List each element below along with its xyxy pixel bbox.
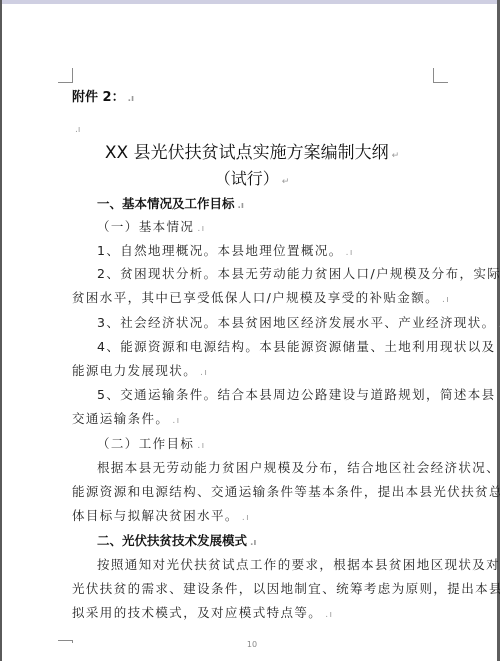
goal-paragraph-line-1[interactable]: 根据本县无劳动能力贫困户规模及分布，结合地区社会经济状况、 — [97, 460, 500, 476]
list-item-5-line-1[interactable]: 5、交通运输条件。结合本县周边公路建设与道路规划，简述本县 — [97, 387, 496, 403]
paragraph-mark-icon: .ı — [346, 248, 354, 258]
document-subtitle[interactable]: （试行）↵ — [2, 168, 500, 193]
list-item-3[interactable]: 3、社会经济状况。本县贫困地区经济发展水平、产业经济现状。.ı — [97, 315, 500, 333]
document-title[interactable]: XX 县光伏扶贫试点实施方案编制大纲↵ — [2, 142, 500, 167]
subsection-heading-1-1[interactable]: （一）基本情况.ı — [97, 219, 205, 237]
page-number: 10 — [2, 640, 500, 649]
paragraph-mark-icon: ↵ — [282, 177, 290, 187]
attachment-label[interactable]: 附件 2：.ı — [72, 90, 134, 107]
margin-corner-top-right-icon — [433, 68, 448, 83]
paragraph-mark-icon: .ı — [172, 416, 180, 426]
document-page: 附件 2：.ı .ı XX 县光伏扶贫试点实施方案编制大纲↵ （试行）↵ 一、基… — [2, 4, 497, 661]
list-item-5-line-2[interactable]: 交通运输条件。.ı — [72, 411, 180, 429]
mode-paragraph-line-1[interactable]: 按照通知对光伏扶贫试点工作的要求，根据本县贫困地区现状及对 — [97, 557, 500, 573]
paragraph-mark-icon: .ı — [200, 368, 208, 378]
paragraph-mark-icon: .ı — [197, 441, 205, 451]
section-heading-2[interactable]: 二、光伏扶贫技术发展模式.ı — [97, 533, 257, 551]
subsection-heading-1-2[interactable]: （二）工作目标.ı — [97, 436, 205, 454]
paragraph-mark-icon: .ı — [325, 610, 333, 620]
list-item-1[interactable]: 1、自然地理概况。本县地理位置概况。.ı — [97, 243, 354, 261]
margin-corner-top-left-icon — [58, 68, 73, 83]
paragraph-mark-icon: .ı — [250, 538, 257, 548]
paragraph-mark-icon: ↵ — [392, 151, 400, 161]
paragraph-mark-icon: .ı — [442, 295, 450, 305]
mode-paragraph-line-3[interactable]: 拟采用的技术模式，及对应模式特点等。.ı — [72, 605, 333, 623]
list-item-2-line-1[interactable]: 2、贫困现状分析。本县无劳动能力贫困人口/户规模及分布，实际 — [97, 266, 500, 282]
list-item-2-line-2[interactable]: 贫困水平，其中已享受低保人口/户规模及享受的补贴金额。.ı — [72, 290, 450, 308]
mode-paragraph-line-2[interactable]: 光伏扶贫的需求、建设条件，以因地制宜、统筹考虑为原则，提出本县 — [72, 581, 500, 597]
list-item-4-line-1[interactable]: 4、能源资源和电源结构。本县能源资源储量、土地利用现状以及 — [97, 339, 496, 355]
section-heading-1[interactable]: 一、基本情况及工作目标.ı — [97, 196, 244, 214]
empty-paragraph[interactable]: .ı — [72, 120, 80, 138]
paragraph-mark-icon: .ı — [242, 513, 250, 523]
paragraph-mark-icon: .ı — [75, 125, 80, 135]
list-item-4-line-2[interactable]: 能源电力发展现状。.ı — [72, 363, 208, 381]
paragraph-mark-icon: .ı — [238, 201, 245, 211]
goal-paragraph-line-3[interactable]: 体目标与拟解决贫困水平。.ı — [72, 508, 250, 526]
goal-paragraph-line-2[interactable]: 能源资源和电源结构、交通运输条件等基本条件，提出本县光伏扶贫总 — [72, 484, 500, 500]
paragraph-mark-icon: .ı — [197, 224, 205, 234]
paragraph-mark-icon: .ı — [128, 94, 135, 104]
